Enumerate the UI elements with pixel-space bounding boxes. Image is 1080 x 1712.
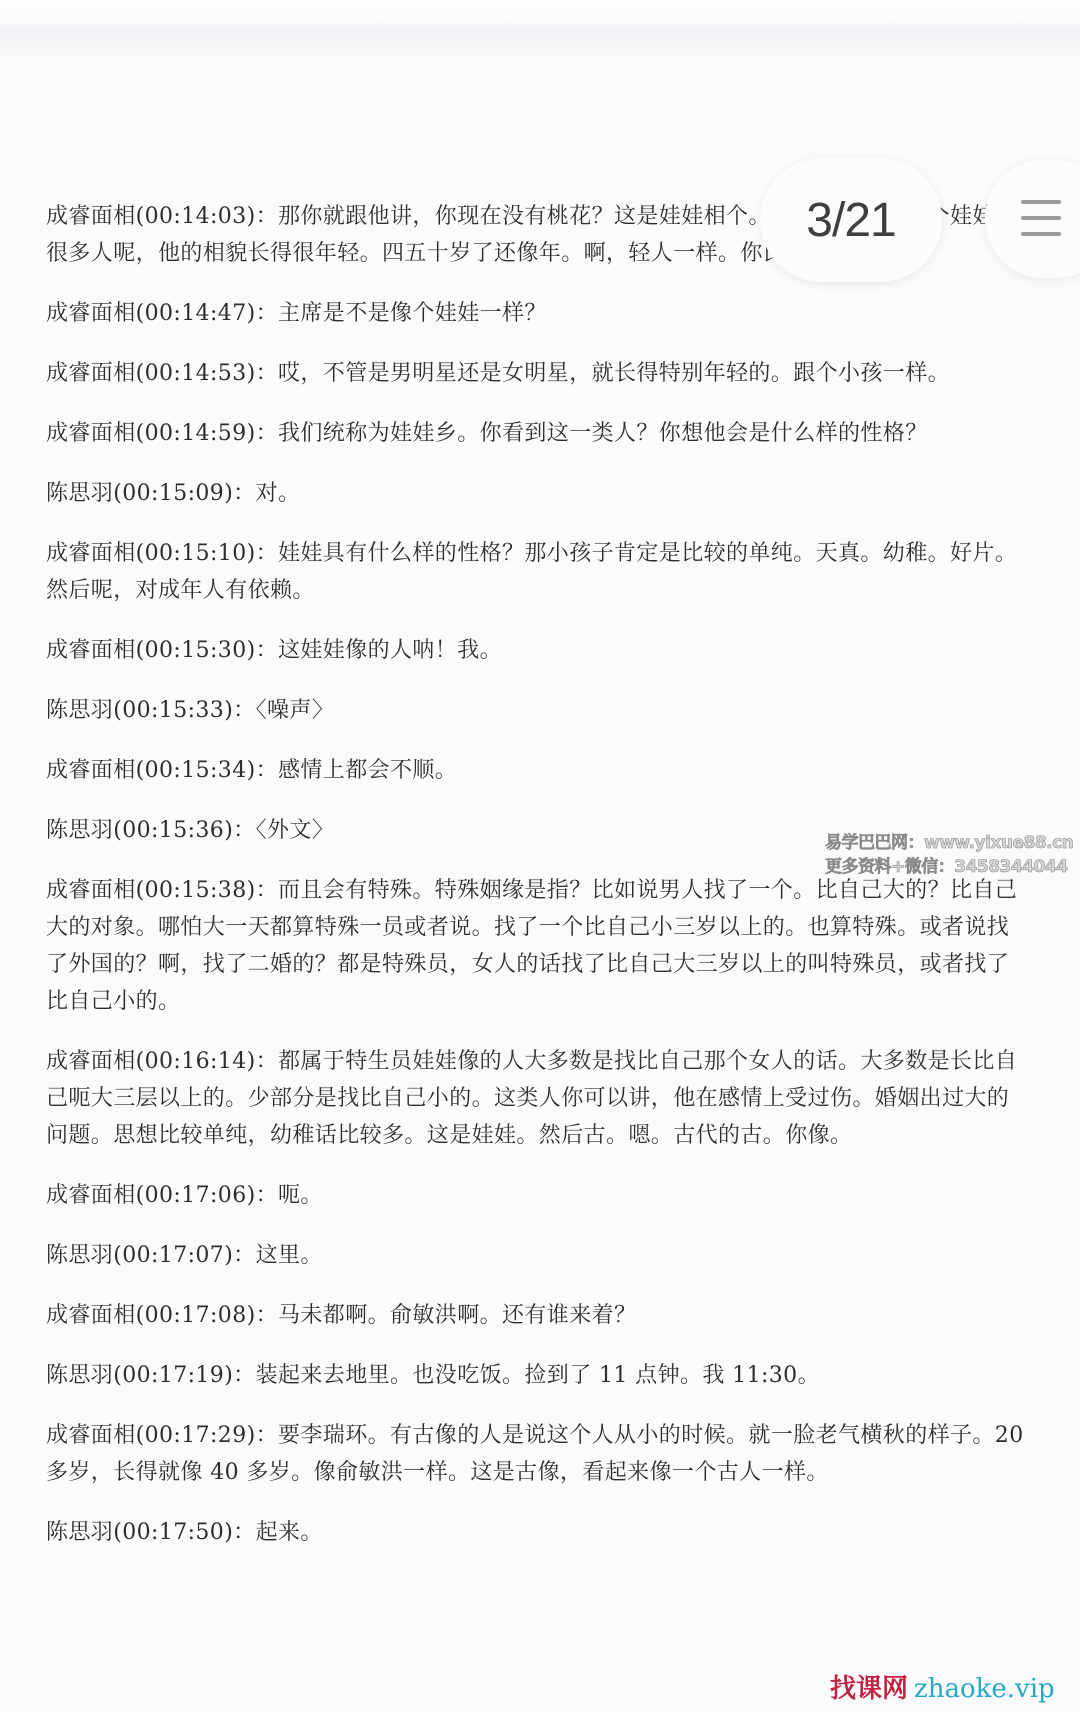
timestamp: 00:17:07	[122, 1243, 224, 1268]
timestamp-close: )：	[247, 1183, 278, 1208]
speaker-name: 成睿面相	[46, 301, 136, 326]
timestamp: 00:14:59	[145, 421, 247, 446]
utterance-text: 对。	[256, 481, 301, 506]
timestamp-close: )：	[224, 818, 255, 843]
timestamp-close: )：	[224, 698, 255, 723]
speaker-name: 陈思羽	[46, 481, 113, 506]
timestamp-open: (	[113, 818, 122, 843]
speaker-name: 陈思羽	[46, 698, 113, 723]
timestamp-close: )：	[247, 758, 278, 783]
transcript-entry: 成睿面相(00:17:08)：马未都啊。俞敏洪啊。还有谁来着？	[46, 1297, 1031, 1334]
page-indicator-label: 3/21	[806, 193, 895, 248]
timestamp-close: )：	[247, 1303, 278, 1328]
timestamp-close: )：	[247, 638, 278, 663]
transcript-entry: 成睿面相(00:15:30)：这娃娃像的人呐！我。	[46, 632, 1031, 669]
timestamp-open: (	[136, 361, 145, 386]
speaker-name: 成睿面相	[46, 1423, 136, 1448]
page-indicator[interactable]: 3/21	[760, 158, 942, 282]
timestamp-close: )：	[224, 1363, 255, 1388]
timestamp-close: )：	[247, 1423, 278, 1448]
speaker-name: 陈思羽	[46, 1243, 113, 1268]
speaker-name: 成睿面相	[46, 421, 136, 446]
timestamp-open: (	[136, 421, 145, 446]
transcript-entry: 陈思羽(00:15:33)：〈噪声〉	[46, 692, 1031, 729]
watermark-yixue88: 易学巴巴网：www.yixue88.cn 更多资料+微信：3458344044	[825, 831, 1073, 879]
timestamp-close: )：	[247, 421, 278, 446]
watermark-line-2: 更多资料+微信：3458344044	[825, 855, 1073, 879]
timestamp-open: (	[136, 204, 145, 229]
speaker-name: 成睿面相	[46, 204, 136, 229]
timestamp: 00:15:34	[145, 758, 247, 783]
timestamp-open: (	[136, 1423, 145, 1448]
speaker-name: 成睿面相	[46, 541, 136, 566]
watermark-zhaoke-en: zhaoke.vip	[914, 1674, 1055, 1704]
timestamp-open: (	[136, 1049, 145, 1074]
transcript-entry: 陈思羽(00:17:07)：这里。	[46, 1237, 1031, 1274]
speaker-name: 成睿面相	[46, 758, 136, 783]
watermark-line-1: 易学巴巴网：www.yixue88.cn	[825, 831, 1073, 855]
utterance-text: 这里。	[256, 1243, 323, 1268]
timestamp: 00:17:08	[145, 1303, 247, 1328]
timestamp-open: (	[113, 481, 122, 506]
utterance-text: 〈噪声〉	[256, 698, 335, 723]
speaker-name: 陈思羽	[46, 1520, 113, 1545]
watermark-zhaoke: 找课网zhaoke.vip	[830, 1672, 1055, 1706]
speaker-name: 成睿面相	[46, 638, 136, 663]
timestamp: 00:14:47	[145, 301, 247, 326]
timestamp-open: (	[113, 1363, 122, 1388]
timestamp-close: )：	[247, 1049, 278, 1074]
transcript-entry: 陈思羽(00:15:09)：对。	[46, 475, 1031, 512]
timestamp-open: (	[136, 541, 145, 566]
transcript-entry: 成睿面相(00:14:59)：我们统称为娃娃乡。你看到这一类人？你想他会是什么样…	[46, 415, 1031, 452]
timestamp: 00:14:53	[145, 361, 247, 386]
utterance-text: 马未都啊。俞敏洪啊。还有谁来着？	[278, 1303, 636, 1328]
timestamp-open: (	[113, 698, 122, 723]
timestamp-close: )：	[224, 481, 255, 506]
transcript-entry: 陈思羽(00:17:50)：起来。	[46, 1514, 1031, 1551]
timestamp-open: (	[136, 301, 145, 326]
timestamp-close: )：	[247, 301, 278, 326]
timestamp-close: )：	[247, 541, 278, 566]
transcript-entry: 成睿面相(00:15:10)：娃娃具有什么样的性格？那小孩子肯定是比较的单纯。天…	[46, 535, 1031, 609]
timestamp-open: (	[113, 1520, 122, 1545]
speaker-name: 成睿面相	[46, 878, 136, 903]
speaker-name: 成睿面相	[46, 361, 136, 386]
utterance-text: 〈外文〉	[256, 818, 335, 843]
timestamp-open: (	[136, 1303, 145, 1328]
timestamp: 00:15:36	[122, 818, 224, 843]
timestamp: 00:15:30	[145, 638, 247, 663]
speaker-name: 成睿面相	[46, 1049, 136, 1074]
transcript-entry: 成睿面相(00:17:29)：要李瑞环。有古像的人是说这个人从小的时候。就一脸老…	[46, 1417, 1031, 1491]
speaker-name: 成睿面相	[46, 1303, 136, 1328]
transcript-entry: 成睿面相(00:15:38)：而且会有特殊。特殊姻缘是指？比如说男人找了一个。比…	[46, 872, 1031, 1020]
utterance-text: 起来。	[256, 1520, 323, 1545]
watermark-zhaoke-cn: 找课网	[830, 1674, 908, 1704]
top-status-band	[0, 0, 1080, 62]
timestamp-close: )：	[247, 361, 278, 386]
timestamp-open: (	[136, 878, 145, 903]
utterance-text: 呃。	[278, 1183, 323, 1208]
speaker-name: 陈思羽	[46, 1363, 113, 1388]
transcript-entry: 成睿面相(00:15:34)：感情上都会不顺。	[46, 752, 1031, 789]
utterance-text: 哎，不管是男明星还是女明星，就长得特别年轻的。跟个小孩一样。	[278, 361, 950, 386]
timestamp: 00:17:06	[145, 1183, 247, 1208]
timestamp: 00:15:38	[145, 878, 247, 903]
timestamp: 00:16:14	[145, 1049, 247, 1074]
utterance-text: 这娃娃像的人呐！我。	[278, 638, 502, 663]
transcript-entry: 成睿面相(00:17:06)：呃。	[46, 1177, 1031, 1214]
timestamp-open: (	[113, 1243, 122, 1268]
timestamp: 00:17:29	[145, 1423, 247, 1448]
transcript-document: 成睿面相(00:14:03)：那你就跟他讲，你现在没有桃花？这是娃娃相个。娃。就…	[46, 198, 1031, 1574]
timestamp-open: (	[136, 758, 145, 783]
speaker-name: 成睿面相	[46, 1183, 136, 1208]
timestamp-open: (	[136, 638, 145, 663]
timestamp-close: )：	[247, 878, 278, 903]
utterance-text: 感情上都会不顺。	[278, 758, 457, 783]
utterance-text: 主席是不是像个娃娃一样？	[278, 301, 547, 326]
timestamp: 00:14:03	[145, 204, 247, 229]
timestamp: 00:17:50	[122, 1520, 224, 1545]
timestamp-open: (	[136, 1183, 145, 1208]
transcript-entry: 成睿面相(00:14:47)：主席是不是像个娃娃一样？	[46, 295, 1031, 332]
speaker-name: 陈思羽	[46, 818, 113, 843]
transcript-entry: 成睿面相(00:14:53)：哎，不管是男明星还是女明星，就长得特别年轻的。跟个…	[46, 355, 1031, 392]
transcript-entry: 成睿面相(00:16:14)：都属于特生员娃娃像的人大多数是找比自己那个女人的话…	[46, 1043, 1031, 1154]
timestamp: 00:15:10	[145, 541, 247, 566]
timestamp-close: )：	[247, 204, 278, 229]
transcript-entry: 陈思羽(00:17:19)：装起来去地里。也没吃饭。捡到了 11 点钟。我 11…	[46, 1357, 1031, 1394]
timestamp: 00:15:09	[122, 481, 224, 506]
utterance-text: 我们统称为娃娃乡。你看到这一类人？你想他会是什么样的性格？	[278, 421, 928, 446]
timestamp: 00:17:19	[122, 1363, 224, 1388]
utterance-text: 装起来去地里。也没吃饭。捡到了 11 点钟。我 11:30。	[256, 1363, 820, 1388]
timestamp-close: )：	[224, 1520, 255, 1545]
timestamp: 00:15:33	[122, 698, 224, 723]
timestamp-close: )：	[224, 1243, 255, 1268]
